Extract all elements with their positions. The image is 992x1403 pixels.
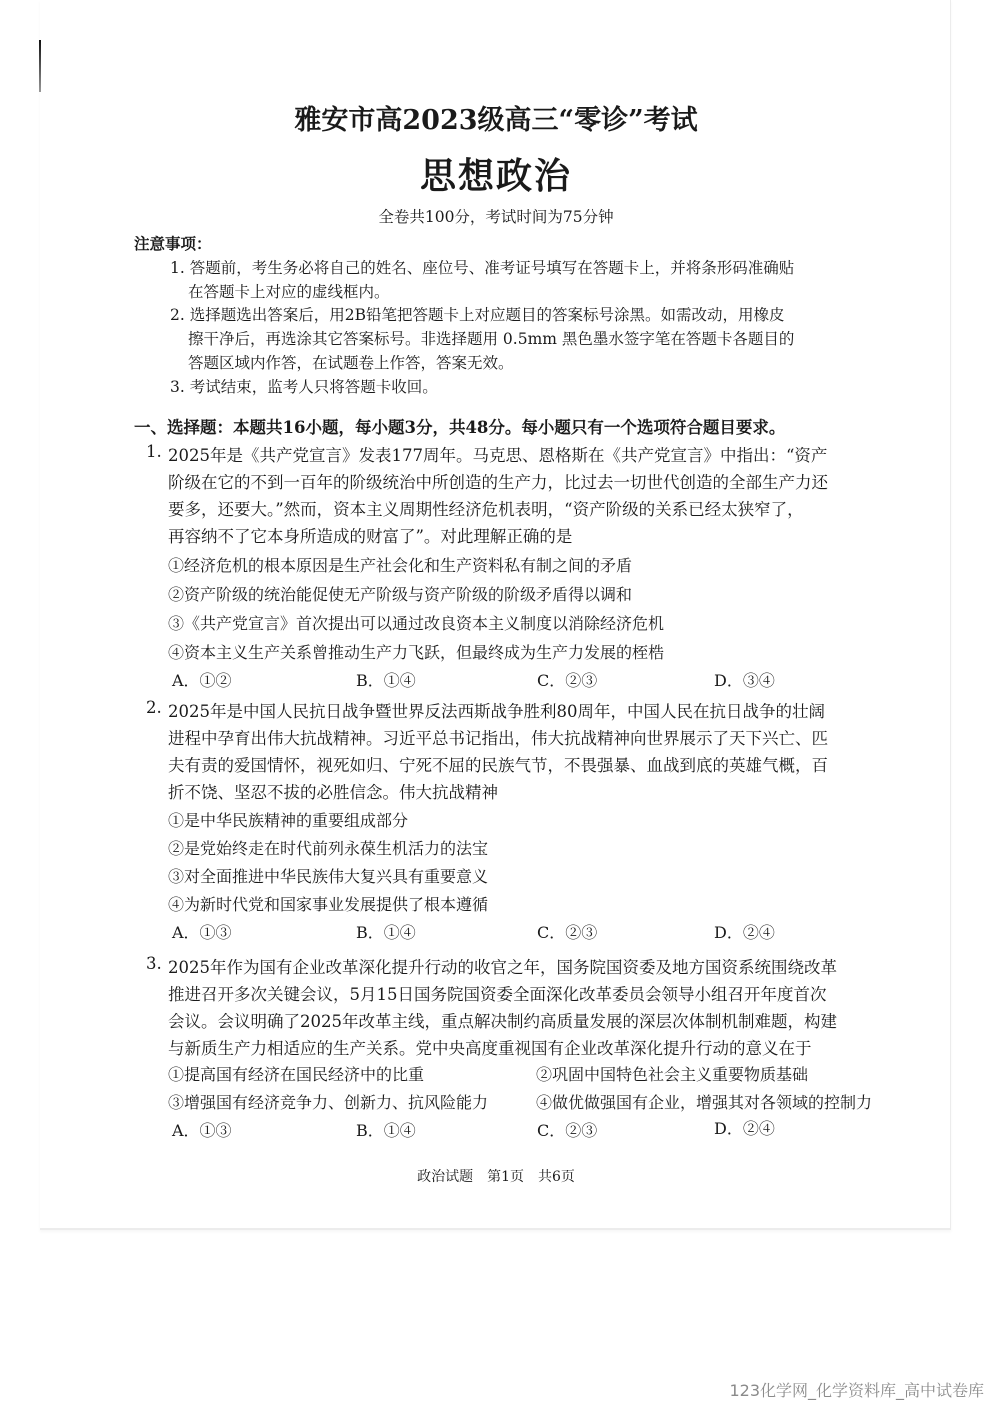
notice-text: 考试结束，监考人只将答题卡收回。 bbox=[190, 378, 438, 396]
answer-choice-b: B．①④ bbox=[356, 920, 416, 943]
statement-option: ①经济危机的根本原因是生产社会化和生产资料私有制之间的矛盾 bbox=[168, 553, 632, 576]
statement-option: ②是党始终走在时代前列永葆生机活力的法宝 bbox=[168, 836, 488, 859]
notice-heading: 注意事项： bbox=[134, 232, 212, 254]
notice-item-2-cont: 擦干净后，再选涂其它答案标号。非选择题用 0.5mm 黑色墨水签字笔在答题卡各题… bbox=[188, 327, 794, 349]
answer-choice-c: C．②③ bbox=[537, 1118, 597, 1141]
notice-item-1: 1. 答题前，考生务必将自己的姓名、座位号、准考证号填写在答题卡上，并将条形码准… bbox=[170, 256, 794, 278]
question-number: 2. bbox=[146, 698, 162, 717]
question-stem: 2025年作为国有企业改革深化提升行动的收官之年，国务院国资委及地方国资系统围绕… bbox=[168, 954, 837, 978]
answer-choice-a: A．①② bbox=[172, 668, 232, 691]
answer-choice-d: D．③④ bbox=[714, 668, 775, 691]
answer-choice-b: B．①④ bbox=[356, 1118, 416, 1141]
answer-choice-c: C．②③ bbox=[537, 920, 597, 943]
question-stem: 夫有责的爱国情怀，视死如归、宁死不屈的民族气节，不畏强暴、血战到底的英雄气概，百 bbox=[168, 752, 828, 776]
question-stem: 进程中孕育出伟大抗战精神。习近平总书记指出，伟大抗战精神向世界展示了天下兴亡、匹 bbox=[168, 725, 828, 749]
statement-option: ①提高国有经济在国民经济中的比重 bbox=[168, 1062, 424, 1085]
exam-meta: 全卷共100分，考试时间为75分钟 bbox=[0, 205, 992, 227]
statement-option: ②巩固中国特色社会主义重要物质基础 bbox=[536, 1062, 808, 1085]
answer-choice-d: D．②④ bbox=[714, 920, 775, 943]
answer-choice-a: A．①③ bbox=[172, 920, 232, 943]
notice-item-1-cont: 在答题卡上对应的虚线框内。 bbox=[188, 280, 390, 302]
notice-num: 3. bbox=[170, 378, 185, 396]
statement-option: ④资本主义生产关系曾推动生产力飞跃，但最终成为生产力发展的桎梏 bbox=[168, 640, 664, 663]
exam-title: 雅安市高2023级高三“零诊”考试 bbox=[0, 98, 992, 137]
question-stem: 推进召开多次关键会议，5月15日国务院国资委全面深化改革委员会领导小组召开年度首… bbox=[168, 981, 827, 1005]
question-stem: 折不饶、坚忍不拔的必胜信念。伟大抗战精神 bbox=[168, 779, 498, 803]
section-heading: 一、选择题：本题共16小题，每小题3分，共48分。每小题只有一个选项符合题目要求… bbox=[134, 414, 785, 438]
statement-option: ③对全面推进中华民族伟大复兴具有重要意义 bbox=[168, 864, 488, 887]
notice-item-2-cont: 答题区域内作答，在试题卷上作答，答案无效。 bbox=[188, 351, 514, 373]
question-number: 3. bbox=[146, 954, 162, 973]
scan-edge-mark bbox=[39, 40, 41, 92]
answer-choice-a: A．①③ bbox=[172, 1118, 232, 1141]
statement-option: ③增强国有经济竞争力、创新力、抗风险能力 bbox=[168, 1090, 488, 1113]
question-stem: 会议。会议明确了2025年改革主线，重点解决制约高质量发展的深层次体制机制难题，… bbox=[168, 1008, 837, 1032]
page-footer: 政治试题 第1页 共6页 bbox=[0, 1166, 992, 1186]
notice-num: 2. bbox=[170, 306, 185, 324]
answer-choice-d: D．②④ bbox=[714, 1116, 775, 1139]
question-stem: 与新质生产力相适应的生产关系。党中央高度重视国有企业改革深化提升行动的意义在于 bbox=[168, 1035, 812, 1059]
notice-item-2: 2. 选择题选出答案后，用2B铅笔把答题卡上对应题目的答案标号涂黑。如需改动，用… bbox=[170, 303, 785, 325]
answer-choice-b: B．①④ bbox=[356, 668, 416, 691]
subject-title: 思想政治 bbox=[0, 148, 992, 199]
question-stem: 要多，还要大。”然而，资本主义周期性经济危机表明，“资产阶级的关系已经太狭窄了， bbox=[168, 496, 804, 520]
notice-text: 答题前，考生务必将自己的姓名、座位号、准考证号填写在答题卡上，并将条形码准确贴 bbox=[190, 259, 795, 277]
statement-option: ①是中华民族精神的重要组成部分 bbox=[168, 808, 408, 831]
answer-choice-c: C．②③ bbox=[537, 668, 597, 691]
statement-option: ④做优做强国有企业，增强其对各领域的控制力 bbox=[536, 1090, 872, 1113]
source-watermark: 123化学网_化学资料库_高中试卷库 bbox=[729, 1378, 984, 1401]
question-stem: 2025年是中国人民抗日战争暨世界反法西斯战争胜利80周年，中国人民在抗日战争的… bbox=[168, 698, 825, 722]
statement-option: ③《共产党宣言》首次提出可以通过改良资本主义制度以消除经济危机 bbox=[168, 611, 664, 634]
question-number: 1. bbox=[146, 442, 162, 461]
statement-option: ④为新时代党和国家事业发展提供了根本遵循 bbox=[168, 892, 488, 915]
question-stem: 再容纳不了它本身所造成的财富了”。对此理解正确的是 bbox=[168, 523, 572, 547]
statement-option: ②资产阶级的统治能促使无产阶级与资产阶级的阶级矛盾得以调和 bbox=[168, 582, 632, 605]
notice-num: 1. bbox=[170, 259, 185, 277]
question-stem: 2025年是《共产党宣言》发表177周年。马克思、恩格斯在《共产党宣言》中指出：… bbox=[168, 442, 827, 466]
question-stem: 阶级在它的不到一百年的阶级统治中所创造的生产力，比过去一切世代创造的全部生产力还 bbox=[168, 469, 828, 493]
notice-item-3: 3. 考试结束，监考人只将答题卡收回。 bbox=[170, 375, 438, 397]
notice-text: 选择题选出答案后，用2B铅笔把答题卡上对应题目的答案标号涂黑。如需改动，用橡皮 bbox=[190, 306, 785, 324]
